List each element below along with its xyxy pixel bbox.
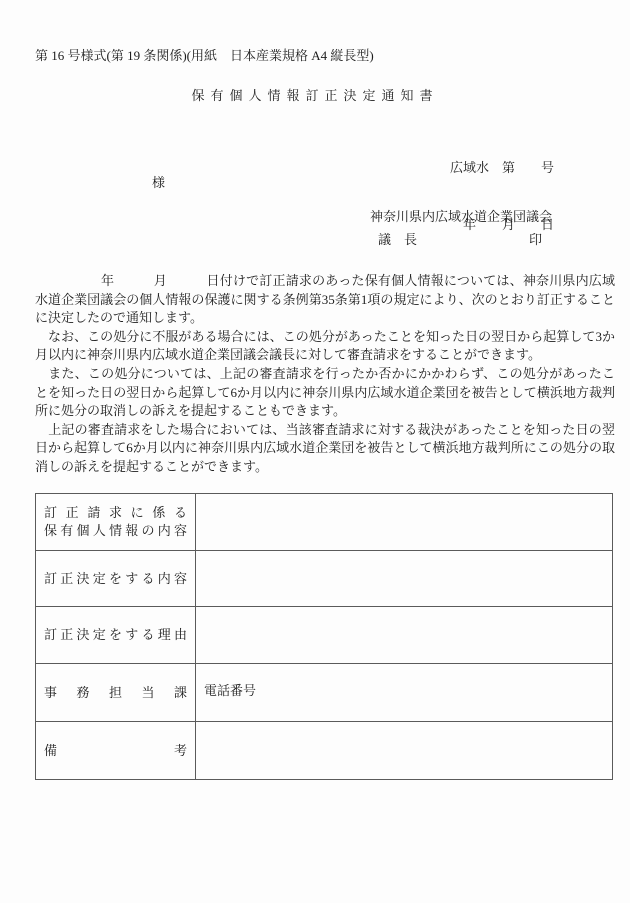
sender-title-line: 議 長 印 [370,233,553,247]
field-remarks [196,722,613,780]
label-correction-decision-reason: 訂正決定をする理由 [36,607,196,664]
document-number-block: 広域水 第 号 年 月 日 [450,120,554,272]
label-correction-request-content: 訂正請求に係る 保有個人情報の内容 [36,494,196,551]
table-row-administrative-section: 事務担当課 電話番号 [36,664,613,722]
label-line: 保有個人情報の内容 [44,522,187,540]
sender-title: 議 長 [378,233,417,247]
label-line: 備考 [44,742,187,760]
sender-organization: 神奈川県内広域水道企業団議会 [370,210,553,224]
document-number-line: 広域水 第 号 [450,158,554,177]
table-row-correction-request-content: 訂正請求に係る 保有個人情報の内容 [36,494,613,551]
paragraph-lawsuit-after-appeal: 上記の審査請求をした場合においては、当該審査請求に対する裁決があったことを知った… [35,421,615,477]
form-table: 訂正請求に係る 保有個人情報の内容 訂正決定をする内容 訂正決定をする理由 事務… [35,493,613,780]
field-administrative-section: 電話番号 [196,664,613,722]
field-correction-request-content [196,494,613,551]
seal-mark: 印 [529,233,542,247]
table-row-remarks: 備考 [36,722,613,780]
paragraph-administrative-appeal: なお、この処分に不服がある場合には、この処分があったことを知った日の翌日から起算… [35,328,615,365]
document-title: 保有個人情報訂正決定通知書 [0,88,630,103]
body-text: 年 月 日付けで訂正請求のあった保有個人情報については、神奈川県内広域水道企業団… [35,272,615,477]
form-number-line: 第 16 号様式(第 19 条関係)(用紙 日本産業規格 A4 縦長型) [35,48,374,63]
field-correction-decision-content [196,551,613,607]
label-administrative-section: 事務担当課 [36,664,196,722]
phone-number-label: 電話番号 [204,680,604,699]
document-page: 第 16 号様式(第 19 条関係)(用紙 日本産業規格 A4 縦長型) 保有個… [0,0,630,903]
label-line: 訂正決定をする内容 [44,570,187,588]
addressee-honorific: 様 [152,176,165,190]
label-correction-decision-content: 訂正決定をする内容 [36,551,196,607]
sender-block: 神奈川県内広域水道企業団議会 議 長 印 [370,210,553,247]
label-line: 訂正請求に係る [44,504,187,522]
label-remarks: 備考 [36,722,196,780]
table-row-correction-decision-content: 訂正決定をする内容 [36,551,613,607]
label-line: 訂正決定をする理由 [44,626,187,644]
table-row-correction-decision-reason: 訂正決定をする理由 [36,607,613,664]
paragraph-correction-decision: 年 月 日付けで訂正請求のあった保有個人情報については、神奈川県内広域水道企業団… [35,272,615,328]
label-line: 事務担当課 [44,684,187,702]
paragraph-revocation-lawsuit: また、この処分については、上記の審査請求を行ったか否かにかかわらず、この処分があ… [35,365,615,421]
field-correction-decision-reason [196,607,613,664]
